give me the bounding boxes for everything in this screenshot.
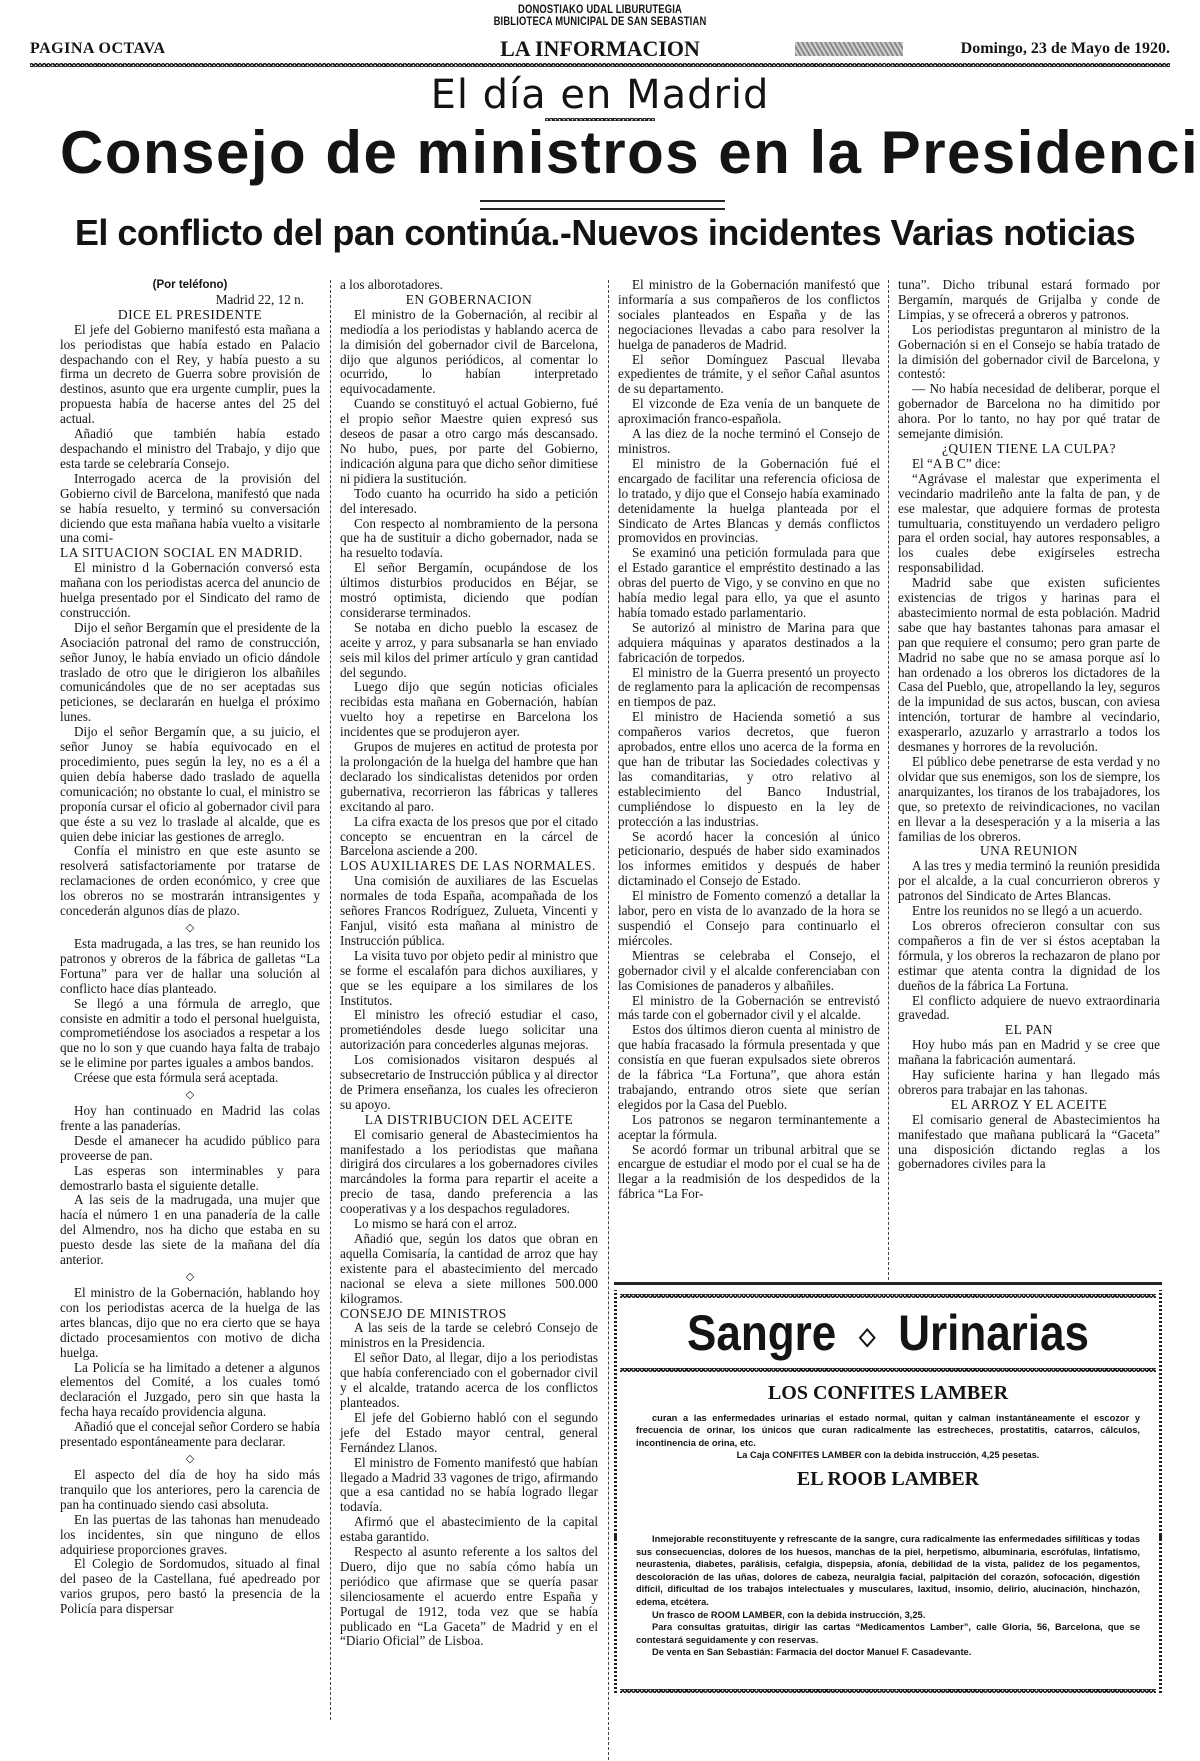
paragraph: Respecto al asunto referente a los salto…: [340, 1545, 598, 1649]
subhead-auxiliares-normales: LOS AUXILIARES DE LAS NORMALES.: [340, 859, 598, 874]
paragraph: A las tres y media terminó la reunión pr…: [898, 859, 1160, 904]
subhead-situacion-social: LA SITUACION SOCIAL EN MADRID.: [60, 546, 320, 561]
paragraph: Una comisión de auxiliares de las Escuel…: [340, 874, 598, 949]
diamond-separator-icon: ◇: [60, 1086, 320, 1104]
ad-top-rule: [614, 1282, 1162, 1285]
paragraph: “Agrávase el malestar que experimenta el…: [898, 472, 1160, 576]
issue-date: Domingo, 23 de Mayo de 1920.: [961, 40, 1170, 58]
paragraph: En las puertas de las tahonas han menude…: [60, 1513, 320, 1558]
paragraph: Se notaba en dicho pueblo la escasez de …: [340, 621, 598, 681]
paragraph: La visita tuvo por objeto pedir al minis…: [340, 949, 598, 1009]
ad-text: Inmejorable reconstituyente y refrescant…: [636, 1533, 1140, 1609]
paragraph: Las esperas son interminables y para dem…: [60, 1164, 320, 1194]
paragraph: Hoy hubo más pan en Madrid y se cree que…: [898, 1038, 1160, 1068]
ad-product-2-description: Inmejorable reconstituyente y refrescant…: [636, 1533, 1140, 1659]
headline: Consejo de ministros en la Presidencia: [60, 118, 1150, 187]
article-column-2: a los alborotadores. EN GOBERNACION El m…: [340, 278, 598, 1649]
column-rule-1: [330, 280, 331, 1720]
paragraph: El señor Dato, al llegar, dijo a los per…: [340, 1351, 598, 1411]
paragraph: Luego dijo que según noticias oficiales …: [340, 680, 598, 740]
article-column-4: tuna”. Dicho tribunal estará formado por…: [898, 278, 1160, 1172]
paragraph: Esta madrugada, a las tres, se han reuni…: [60, 937, 320, 997]
masthead-divider: [30, 63, 1170, 67]
paragraph: Se acordó hacer la concesión al único pe…: [618, 830, 880, 890]
paragraph: El conflicto adquiere de nuevo extraordi…: [898, 994, 1160, 1024]
ad-border-left: [614, 1290, 617, 1539]
paragraph: El señor Domínguez Pascual llevaba exped…: [618, 353, 880, 398]
paragraph: A las seis de la tarde se celebró Consej…: [340, 1321, 598, 1351]
ad-price: La Caja CONFITES LAMBER con la debida in…: [636, 1449, 1140, 1461]
subhead-dice-el-presidente: DICE EL PRESIDENTE: [60, 308, 320, 323]
paragraph: El ministro de Hacienda sometió a sus co…: [618, 710, 880, 829]
subhead-arroz-aceite: EL ARROZ Y EL ACEITE: [898, 1098, 1160, 1113]
library-stamp-basque: DONOSTIAKO UDAL LIBURUTEGIA: [108, 4, 1092, 16]
paragraph: El ministro de la Gobernación, hablando …: [60, 1286, 320, 1361]
subheadline: El conflicto del pan continúa.-Nuevos in…: [60, 212, 1150, 254]
headline-rule: [480, 200, 725, 210]
paragraph: El ministro d la Gobernación conversó es…: [60, 561, 320, 621]
paragraph: Lo mismo se hará con el arroz.: [340, 1217, 598, 1232]
paragraph: Con respecto al nombramiento de la perso…: [340, 517, 598, 562]
paragraph: Hay suficiente harina y han llegado más …: [898, 1068, 1160, 1098]
paragraph: El Colegio de Sordomudos, situado al fin…: [60, 1557, 320, 1617]
ad-border-bottom: [620, 1689, 1156, 1693]
paragraph: Entre los reunidos no se llegó a un acue…: [898, 904, 1160, 919]
paragraph: El jefe del Gobierno habló con el segund…: [340, 1411, 598, 1456]
paragraph: El aspecto del día de hoy ha sido más tr…: [60, 1468, 320, 1513]
paragraph: Cuando se constituyó el actual Gobierno,…: [340, 397, 598, 486]
paragraph: El comisario general de Abastecimientos …: [340, 1128, 598, 1217]
paragraph: Grupos de mujeres en actitud de protesta…: [340, 740, 598, 815]
ad-contact: Para consultas gratuitas, dirigir las ca…: [636, 1621, 1140, 1646]
paragraph: El ministro de la Gobernación manifestó …: [618, 278, 880, 353]
paragraph: Hoy han continuado en Madrid las colas f…: [60, 1104, 320, 1134]
ad-price: Un frasco de ROOM LAMBER, con la debida …: [636, 1609, 1140, 1622]
ad-point-of-sale: De venta en San Sebastián: Farmacia del …: [636, 1646, 1140, 1659]
paragraph: El señor Bergamín, ocupándose de los últ…: [340, 561, 598, 621]
ad-text: curan a las enfermedades urinarias el es…: [636, 1412, 1140, 1449]
subhead-consejo-ministros: CONSEJO DE MINISTROS: [340, 1307, 598, 1322]
paragraph: El ministro de la Gobernación se entrevi…: [618, 994, 880, 1024]
ad-brand-right: Urinarias: [898, 1305, 1089, 1361]
paragraph: El ministro de la Guerra presentó un pro…: [618, 666, 880, 711]
ad-product-1-description: curan a las enfermedades urinarias el es…: [636, 1412, 1140, 1461]
paragraph: El jefe del Gobierno manifestó esta maña…: [60, 323, 320, 427]
paragraph: Se llegó a una fórmula de arreglo, que c…: [60, 997, 320, 1072]
paragraph: El “A B C” dice:: [898, 457, 1160, 472]
paragraph: El comisario general de Abastecimientos …: [898, 1113, 1160, 1173]
library-stamp: DONOSTIAKO UDAL LIBURUTEGIA BIBLIOTECA M…: [108, 4, 1092, 28]
paragraph: Desde el amanecer ha acudido público par…: [60, 1134, 320, 1164]
paragraph: Se autorizó al ministro de Marina para q…: [618, 621, 880, 666]
paragraph: tuna”. Dicho tribunal estará formado por…: [898, 278, 1160, 323]
ad-border-top: [620, 1294, 1156, 1298]
diamond-separator-icon: ◇: [60, 1268, 320, 1286]
paragraph: Los patronos se negaron terminantemente …: [618, 1113, 880, 1143]
paragraph: A las seis de la madrugada, una mujer qu…: [60, 1193, 320, 1268]
paragraph: Añadió que el concejal señor Cordero se …: [60, 1420, 320, 1450]
ad-brand: Sangre◇Urinarias: [647, 1304, 1129, 1362]
paragraph: Añadió que, según los datos que obran en…: [340, 1232, 598, 1307]
advertisement-lamber: Sangre◇Urinarias LOS CONFITES LAMBER cur…: [614, 1290, 1162, 1539]
masthead: PAGINA OCTAVA LA INFORMACION Domingo, 23…: [30, 36, 1170, 66]
paragraph: La Policía se ha limitado a detener a al…: [60, 1361, 320, 1421]
paragraph: Se examinó una petición formulada para q…: [618, 546, 880, 621]
print-smudge: [795, 42, 903, 56]
subhead-quien-tiene-la-culpa: ¿QUIEN TIENE LA CULPA?: [898, 442, 1160, 457]
paragraph: Añadió que también había estado despacha…: [60, 427, 320, 472]
ad-product-1-title: LOS CONFITES LAMBER: [614, 1382, 1162, 1405]
dateline: Madrid 22, 12 n.: [60, 293, 320, 308]
ad-border-left: [614, 1535, 617, 1693]
chevron-ornament-icon: ◇: [836, 1323, 898, 1350]
column-rule-2: [608, 280, 609, 1760]
advertisement-lamber-lower: Inmejorable reconstituyente y refrescant…: [614, 1539, 1162, 1693]
paragraph: — No había necesidad de deliberar, porqu…: [898, 382, 1160, 442]
ad-product-2-title: EL ROOB LAMBER: [614, 1468, 1162, 1491]
paragraph: El ministro les ofreció estudiar el caso…: [340, 1008, 598, 1053]
paragraph: El ministro de Fomento manifestó que hab…: [340, 1456, 598, 1516]
paragraph: Estos dos últimos dieron cuenta al minis…: [618, 1023, 880, 1112]
library-stamp-spanish: BIBLIOTECA MUNICIPAL DE SAN SEBASTIAN: [108, 16, 1092, 28]
paragraph: Madrid sabe que existen suficientes exis…: [898, 576, 1160, 755]
paragraph: Los obreros ofrecieron consultar con sus…: [898, 919, 1160, 994]
paragraph: Los comisionados visitaron después al su…: [340, 1053, 598, 1113]
column-rule-3: [888, 280, 889, 1280]
paragraph: A las diez de la noche terminó el Consej…: [618, 427, 880, 457]
paragraph: Dijo el señor Bergamín que el presidente…: [60, 621, 320, 725]
paragraph: El vizconde de Eza venía de un banquete …: [618, 397, 880, 427]
subhead-el-pan: EL PAN: [898, 1023, 1160, 1038]
ad-border-right: [1159, 1290, 1162, 1539]
diamond-separator-icon: ◇: [60, 919, 320, 937]
paragraph: Los periodistas preguntaron al ministro …: [898, 323, 1160, 383]
ad-brand-left: Sangre: [687, 1305, 836, 1361]
paragraph: La cifra exacta de los presos que por el…: [340, 815, 598, 860]
paragraph: Se acordó formar un tribunal arbitral qu…: [618, 1143, 880, 1203]
paragraph: El ministro de la Gobernación fué el enc…: [618, 457, 880, 546]
article-column-1: (Por teléfono) Madrid 22, 12 n. DICE EL …: [60, 278, 320, 1617]
paragraph: El ministro de la Gobernación, al recibi…: [340, 308, 598, 397]
ad-divider: [620, 1368, 1156, 1372]
paragraph: Confía el ministro en que este asunto se…: [60, 844, 320, 919]
subhead-en-gobernacion: EN GOBERNACION: [340, 293, 598, 308]
paragraph: Dijo el señor Bergamín que, a su juicio,…: [60, 725, 320, 844]
paragraph: El ministro de Fomento comenzó a detalla…: [618, 889, 880, 949]
paragraph: a los alborotadores.: [340, 278, 598, 293]
subhead-una-reunion: UNA REUNION: [898, 844, 1160, 859]
article-column-3: El ministro de la Gobernación manifestó …: [618, 278, 880, 1202]
paragraph: Afirmó que el abastecimiento de la capit…: [340, 1515, 598, 1545]
subhead-distribucion-aceite: LA DISTRIBUCION DEL ACEITE: [340, 1113, 598, 1128]
byline: (Por teléfono): [60, 278, 320, 293]
paragraph: El público debe penetrarse de esta verda…: [898, 755, 1160, 844]
paragraph: Créese que esta fórmula será aceptada.: [60, 1071, 320, 1086]
paragraph: Interrogado acerca de la provisión del G…: [60, 472, 320, 547]
paragraph: Mientras se celebraba el Consejo, el gob…: [618, 949, 880, 994]
section-title: El día en Madrid: [0, 72, 1200, 118]
paragraph: Todo cuanto ha ocurrido ha sido a petici…: [340, 487, 598, 517]
diamond-separator-icon: ◇: [60, 1450, 320, 1468]
ad-border-right: [1159, 1535, 1162, 1693]
